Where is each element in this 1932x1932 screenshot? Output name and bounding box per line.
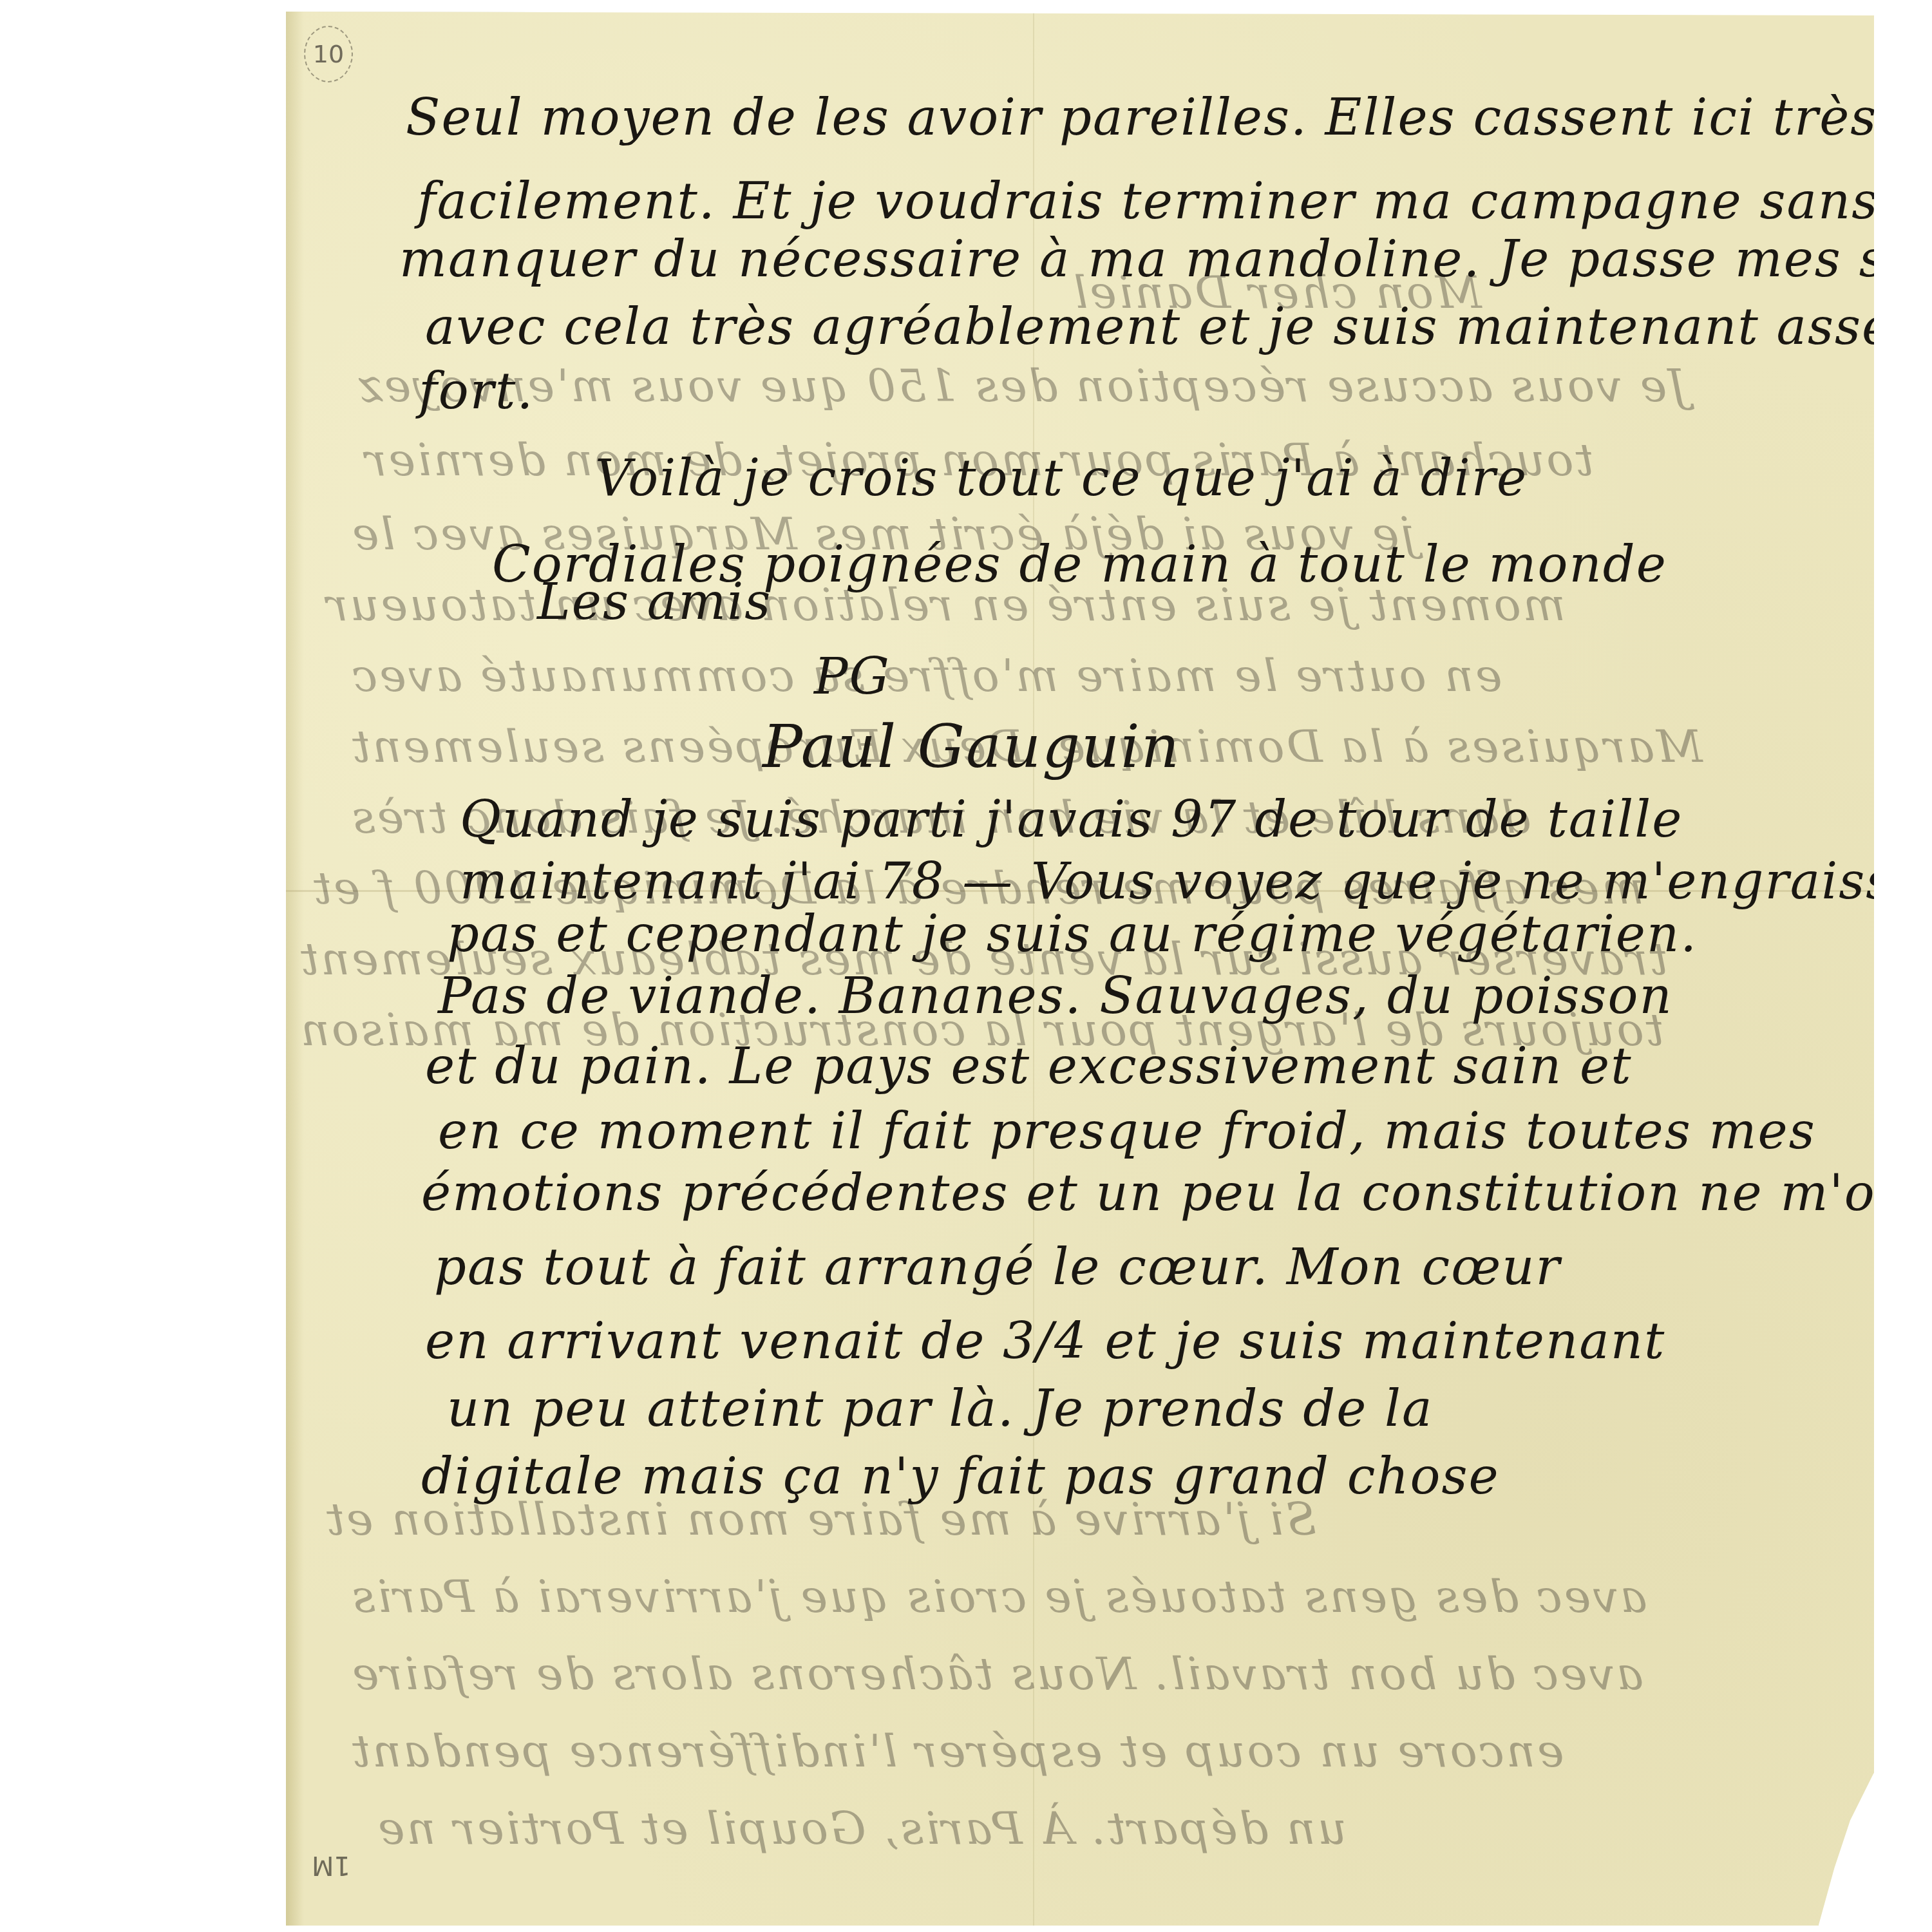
- letter-line: Quand je suis parti j'avais 97 de tour d…: [460, 791, 1683, 849]
- letter-line: Pas de viande. Bananes. Sauvages, du poi…: [438, 967, 1673, 1025]
- letter-line: digitale mais ça n'y fait pas grand chos…: [421, 1448, 1500, 1506]
- letter-page: 10 Mon cher Daniel Je vous accuse récept…: [286, 12, 1874, 1926]
- pencil-mark: 1M: [312, 1850, 350, 1880]
- letter-line: Seul moyen de les avoir pareilles. Elles…: [406, 89, 1877, 147]
- letter-line: facilement. Et je voudrais terminer ma c…: [417, 173, 1879, 231]
- letter-line: un peu atteint par là. Je prends de la: [447, 1380, 1434, 1438]
- letter-line: pas tout à fait arrangé le cœur. Mon cœu…: [434, 1238, 1561, 1296]
- letter-line: en ce moment il fait presque froid, mais…: [438, 1103, 1816, 1160]
- page-number-text: 10: [313, 40, 344, 68]
- letter-line: émotions précédentes et un peu la consti…: [421, 1164, 1931, 1222]
- show-through-line: Je vous accuse réception des 150 que vou…: [357, 359, 1687, 412]
- letter-line: et du pain. Le pays est excessivement sa…: [425, 1037, 1633, 1095]
- letter-line: Les amis: [537, 573, 772, 631]
- letter-line: en arrivant venait de 3/4 et je suis mai…: [425, 1312, 1665, 1370]
- show-through-line: avec du bon travail. Nous tâcherons alor…: [350, 1647, 1643, 1700]
- letter-line: pas et cependant je suis au régime végét…: [447, 905, 1698, 963]
- circled-page-number: 10: [304, 26, 353, 82]
- initials: PG: [814, 648, 891, 706]
- letter-line: fort.: [419, 363, 534, 421]
- letter-line: avec cela très agréablement et je suis m…: [425, 298, 1920, 356]
- letter-line: manquer du nécessaire à ma mandoline. Je…: [399, 231, 1932, 289]
- signature: Paul Gauguin: [762, 712, 1180, 781]
- show-through-line: encore un coup et espérer l'indifférence…: [350, 1725, 1564, 1777]
- show-through-line: avec des gens tatoués je crois que j'arr…: [350, 1570, 1647, 1623]
- letter-line: maintenant j'ai 78 — Vous voyez que je n…: [460, 853, 1924, 911]
- letter-line: Voilà je crois tout ce que j'ai à dire: [595, 450, 1528, 507]
- show-through-line: en outre le maire m'offre sa communauté …: [350, 649, 1502, 702]
- show-through-line: un départ. À Paris, Goupil et Portier ne: [376, 1802, 1347, 1855]
